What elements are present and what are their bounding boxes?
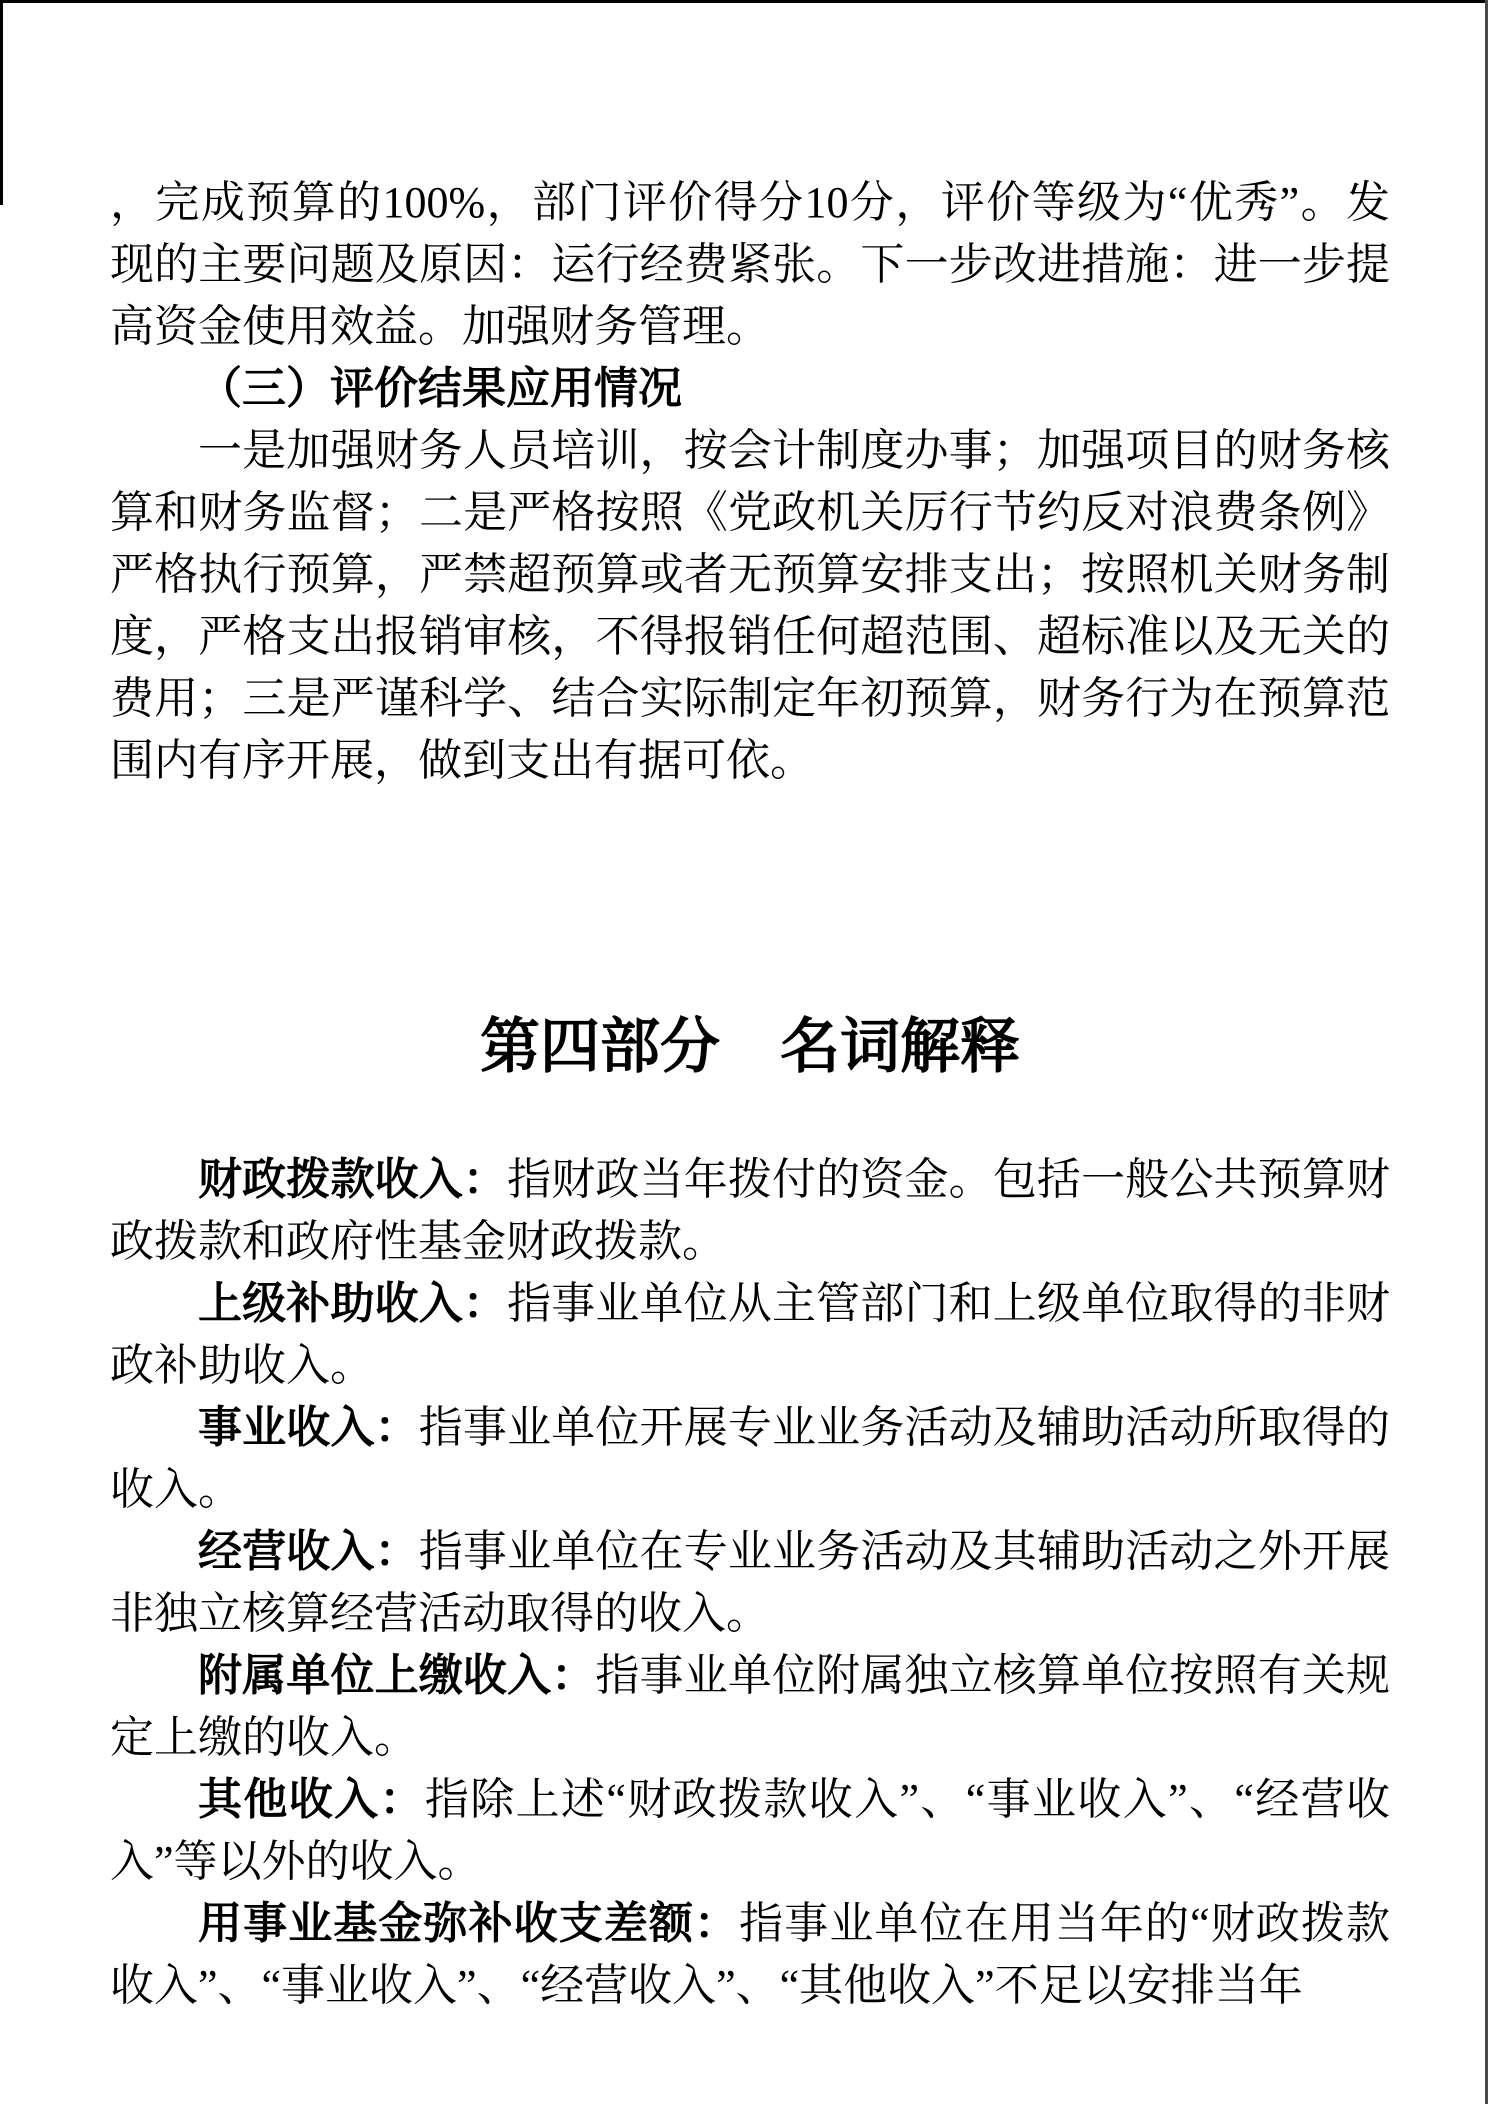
definition-item: 事业收入：指事业单位开展专业业务活动及辅助活动所取得的收入。 bbox=[110, 1397, 1390, 1521]
definition-item: 上级补助收入：指事业单位从主管部门和上级单位取得的非财政补助收入。 bbox=[110, 1273, 1390, 1397]
definition-item: 用事业基金弥补收支差额：指事业单位在用当年的“财政拨款收入”、“事业收入”、“经… bbox=[110, 1893, 1390, 2017]
definition-term: 上级补助收入： bbox=[198, 1279, 507, 1328]
definition-term: 附属单位上缴收入： bbox=[198, 1651, 595, 1700]
definition-item: 财政拨款收入：指财政当年拨付的资金。包括一般公共预算财政拨款和政府性基金财政拨款… bbox=[110, 1149, 1390, 1273]
definition-item: 经营收入：指事业单位在专业业务活动及其辅助活动之外开展非独立核算经营活动取得的收… bbox=[110, 1521, 1390, 1645]
section-title: 第四部分 名词解释 bbox=[110, 1007, 1390, 1087]
definition-term: 经营收入： bbox=[198, 1527, 419, 1576]
definition-term: 事业收入： bbox=[198, 1403, 419, 1452]
application-paragraph: 一是加强财务人员培训，按会计制度办事；加强项目的财务核算和财务监督；二是严格按照… bbox=[110, 420, 1390, 792]
page-content: ，完成预算的100%，部门评价得分10分，评价等级为“优秀”。发现的主要问题及原… bbox=[110, 172, 1390, 2017]
continuation-paragraph: ，完成预算的100%，部门评价得分10分，评价等级为“优秀”。发现的主要问题及原… bbox=[110, 172, 1390, 358]
document-page: ，完成预算的100%，部门评价得分10分，评价等级为“优秀”。发现的主要问题及原… bbox=[0, 0, 1488, 2104]
definitions-list: 财政拨款收入：指财政当年拨付的资金。包括一般公共预算财政拨款和政府性基金财政拨款… bbox=[110, 1149, 1390, 2017]
scan-edge-top bbox=[0, 0, 1488, 3]
definition-term: 其他收入： bbox=[198, 1775, 425, 1824]
definition-item: 其他收入：指除上述“财政拨款收入”、“事业收入”、“经营收入”等以外的收入。 bbox=[110, 1769, 1390, 1893]
definition-item: 附属单位上缴收入：指事业单位附属独立核算单位按照有关规定上缴的收入。 bbox=[110, 1645, 1390, 1769]
definition-term: 用事业基金弥补收支差额： bbox=[198, 1899, 739, 1948]
scan-edge-left bbox=[0, 0, 3, 205]
subsection-heading: （三）评价结果应用情况 bbox=[110, 358, 1390, 420]
definition-term: 财政拨款收入： bbox=[198, 1155, 507, 1204]
